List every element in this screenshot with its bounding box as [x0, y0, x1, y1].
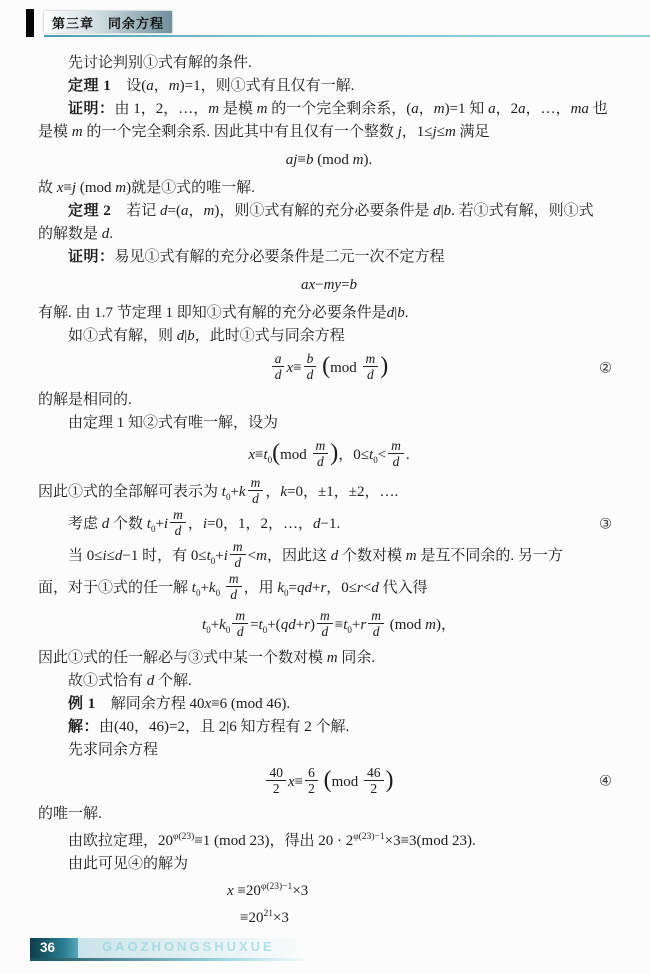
fraction-part: m	[170, 507, 186, 523]
text-segment: mod	[280, 447, 310, 463]
text-segment: 考虑	[68, 516, 102, 532]
text-segment: 解同余方程 40	[96, 696, 205, 712]
text-segment: ，2	[496, 101, 519, 117]
bold-label: 证明：	[68, 101, 115, 117]
header-rule	[44, 35, 650, 37]
text-line: ≡2021×3	[240, 903, 620, 930]
text-segment: ×3	[273, 910, 289, 926]
chapter-badge: 第三章 同余方程	[44, 11, 172, 33]
math-var: d	[433, 203, 441, 219]
fraction-part: 40	[266, 765, 286, 781]
text-segment: 个数	[109, 516, 147, 532]
text-segment: ≤	[437, 124, 445, 140]
chapter-title: 第三章 同余方程	[52, 13, 164, 32]
math-var: ax	[301, 277, 315, 293]
text-line: 当 0≤i≤d−1 时，有 0≤t0+imd<m，因此这 d 个数对模 m 是互…	[38, 541, 620, 573]
text-segment: 由定理 1 知②式有唯一解，设为	[68, 415, 278, 431]
text-segment: −1 时，有 0≤	[122, 548, 206, 564]
fraction-part: 46	[364, 765, 384, 781]
text-segment: +	[155, 516, 163, 532]
fraction-part: m	[232, 608, 248, 624]
text-segment: 个解.	[154, 673, 192, 689]
fraction-part: m	[368, 608, 384, 624]
fraction: md	[230, 539, 246, 570]
fraction-part: m	[317, 608, 333, 624]
text-line: 因此①式的任一解必与③式中某一个数对模 m 同余.	[38, 647, 620, 670]
text-segment: )=1 知	[445, 101, 488, 117]
math-var: m	[115, 180, 126, 196]
text-line: 是模 m 的一个完全剩余系. 因此其中有且仅有一个整数 j，1≤j≤m 满足	[38, 121, 620, 144]
text-segment: (mod	[386, 617, 425, 633]
formula-line: aj≡b (mod m).	[38, 149, 620, 172]
text-segment: ≡20	[234, 883, 261, 899]
fraction-part: m	[388, 438, 404, 454]
text-segment: 由欧拉定理，20	[68, 833, 173, 849]
math-var: a	[411, 101, 419, 117]
math-var: b	[397, 305, 405, 321]
text-line: 定理 2 若记 d=(a，m)，则①式有解的充分必要条件是 d|b. 若①式有解…	[38, 200, 620, 223]
text-segment: ≡1 (mod 23)，得出 20 · 2	[194, 833, 353, 849]
text-segment: 的唯一解.	[38, 806, 102, 822]
fraction: md	[388, 438, 404, 469]
formula-line: adx≡bd (mod md)②	[38, 353, 620, 384]
text-line: 由此可见④的解为	[38, 853, 620, 876]
math-var: b	[187, 328, 195, 344]
text-segment: ≡	[297, 152, 305, 168]
math-var: m	[434, 101, 445, 117]
text-segment: +	[215, 548, 223, 564]
math-var: aj	[286, 152, 298, 168]
fraction: md	[363, 351, 379, 382]
text-segment: ).	[363, 152, 372, 168]
text-line: 例 1 解同余方程 40x≡6 (mod 46).	[38, 693, 620, 716]
text-segment: +(	[267, 617, 280, 633]
text-segment: 如①式有解，则	[68, 328, 177, 344]
text-segment: (mod	[313, 152, 352, 168]
math-var: qd	[281, 617, 296, 633]
fraction-part: d	[304, 367, 317, 382]
text-segment: )	[310, 617, 315, 633]
math-var: k	[239, 484, 246, 500]
text-segment: +	[230, 484, 238, 500]
text-segment: mod	[330, 360, 360, 376]
text-segment: (mod	[76, 180, 115, 196]
text-segment: 由此可见④的解为	[68, 856, 188, 872]
text-segment: ，	[188, 516, 203, 532]
fraction-part: d	[230, 555, 246, 570]
text-segment: ，	[265, 484, 280, 500]
fraction-part: d	[313, 454, 329, 469]
subscript: 0	[226, 625, 231, 635]
text-segment: <	[378, 447, 386, 463]
math-var: k	[219, 617, 226, 633]
text-segment: ≡	[295, 774, 303, 790]
formula-line: 402x≡62 (mod 462)④	[38, 767, 620, 798]
text-segment: 也	[589, 101, 608, 117]
footer-rule	[30, 958, 310, 961]
fraction-part: d	[317, 624, 333, 639]
text-segment: −1.	[321, 516, 341, 532]
text-segment: ，0≤	[326, 580, 357, 596]
fraction: 62	[305, 765, 318, 796]
text-line: 的解是相同的.	[38, 389, 620, 412]
fraction: ad	[272, 351, 285, 382]
math-var: x	[288, 774, 295, 790]
big-paren: (	[324, 767, 332, 793]
equation-number: ③	[599, 513, 612, 536]
formula-line: t0+k0md=t0+(qd+r)md≡t0+rmd (mod m)，	[38, 610, 620, 642]
fraction-part: d	[226, 587, 242, 602]
fraction-part: m	[226, 571, 242, 587]
text-line: 有解. 由 1.7 节定理 1 即知①式有解的充分必要条件是d|b.	[38, 302, 620, 325]
text-segment: 的解是相同的.	[38, 392, 132, 408]
big-paren: )	[330, 440, 338, 466]
text-line: 考虑 d 个数 t0+imd，i=0，1，2，…，d−1.③	[38, 509, 620, 541]
footer-watermark: GAOZHONGSHUXUE	[102, 939, 275, 954]
text-line: 因此①式的全部解可表示为 t0+kmd，k=0，±1，±2，….	[38, 477, 620, 509]
text-segment: +	[296, 617, 304, 633]
superscript: φ(23)−1	[353, 832, 384, 842]
text-segment: 由 1，2，…，	[115, 101, 209, 117]
text-segment: ×3	[292, 883, 308, 899]
fraction-part: d	[388, 454, 404, 469]
page-number: 36	[40, 940, 55, 955]
text-line: 先求同余方程	[38, 739, 620, 762]
math-var: m	[257, 101, 268, 117]
text-segment: ，…，	[526, 101, 571, 117]
fraction-part: m	[363, 351, 379, 367]
text-segment: 当 0≤	[68, 548, 102, 564]
text-line: 的解数是 d.	[38, 223, 620, 246]
fraction: 462	[364, 765, 384, 796]
text-segment: 故①式恰有	[68, 673, 147, 689]
fraction-part: a	[272, 351, 285, 367]
bold-label: 解：	[68, 719, 99, 735]
math-var: i	[164, 516, 168, 532]
math-var: qd	[297, 580, 312, 596]
fraction-part: d	[363, 367, 379, 382]
text-segment: 是模	[38, 124, 72, 140]
formula-line: ax−my=b	[38, 274, 620, 297]
text-segment	[220, 580, 224, 596]
text-line: 先讨论判别①式有解的条件.	[38, 52, 620, 75]
math-var: k	[280, 484, 287, 500]
text-segment: 代入得	[379, 580, 428, 596]
fraction: md	[226, 571, 242, 602]
text-segment: ，	[154, 78, 169, 94]
text-line: 故 x≡j (mod m)就是①式的唯一解.	[38, 177, 620, 200]
text-segment: .	[406, 447, 410, 463]
text-segment: ，此时①式与同余方程	[195, 328, 345, 344]
text-segment: ，	[189, 203, 204, 219]
math-var: a	[181, 203, 189, 219]
bold-label: 证明：	[68, 249, 115, 265]
text-segment: 故	[38, 180, 57, 196]
text-segment: )，则①式有解的充分必要条件是	[214, 203, 433, 219]
text-segment: ≡20	[240, 910, 263, 926]
equation-number: ②	[599, 357, 612, 380]
text-segment: 因此①式的全部解可表示为	[38, 484, 222, 500]
big-paren: )	[380, 353, 388, 379]
text-segment: ≡	[63, 180, 71, 196]
math-var: m	[327, 650, 338, 666]
text-segment: . 若①式有解，则①式	[451, 203, 594, 219]
math-var: my	[324, 277, 342, 293]
text-segment: 由(40，46)=2，且 2|6 知方程有 2 个解.	[99, 719, 349, 735]
text-segment: 若记	[111, 203, 160, 219]
page-number-badge: 36	[30, 938, 78, 958]
bold-label: 例 1	[68, 696, 96, 712]
text-segment: 是互不同余的. 另一方	[417, 548, 563, 564]
bold-label: 定理 2	[68, 203, 111, 219]
equation-number: ④	[599, 771, 612, 794]
text-segment: <	[248, 548, 256, 564]
math-var: i	[224, 548, 228, 564]
fraction: md	[170, 507, 186, 538]
fraction-part: m	[248, 475, 264, 491]
text-segment: ≡	[293, 360, 301, 376]
fraction-part: 2	[266, 781, 286, 796]
math-var: k	[209, 580, 216, 596]
math-var: r	[360, 617, 366, 633]
text-segment: 的一个完全剩余系. 因此其中有且仅有一个整数	[83, 124, 398, 140]
text-line: 解：由(40，46)=2，且 2|6 知方程有 2 个解.	[38, 716, 620, 739]
math-var: d	[313, 516, 321, 532]
math-var: b	[444, 203, 452, 219]
text-segment: ，用	[244, 580, 278, 596]
bold-label: 定理 1	[68, 78, 111, 94]
text-segment: 同余.	[338, 650, 376, 666]
math-var: m	[208, 101, 219, 117]
chapter-accent-bar	[26, 9, 34, 37]
text-segment: mod	[332, 774, 362, 790]
math-var: m	[256, 548, 267, 564]
fraction: md	[248, 475, 264, 506]
text-segment: ，	[419, 101, 434, 117]
text-segment: =0，±1，±2，….	[287, 484, 398, 500]
fraction-part: d	[170, 523, 186, 538]
math-var: d	[160, 203, 168, 219]
text-segment: 先讨论判别①式有解的条件.	[68, 55, 252, 71]
text-line: 故①式恰有 d 个解.	[38, 670, 620, 693]
math-var: a	[518, 101, 526, 117]
text-segment: 满足	[456, 124, 490, 140]
fraction-part: d	[368, 624, 384, 639]
text-segment: 因此①式的任一解必与③式中某一个数对模	[38, 650, 327, 666]
textbook-page: 第三章 同余方程 先讨论判别①式有解的条件.定理 1 设(a，m)=1，则①式有…	[0, 0, 650, 974]
fraction-part: m	[230, 539, 246, 555]
math-var: m	[204, 203, 215, 219]
text-segment: −	[315, 277, 323, 293]
text-segment: .	[109, 226, 113, 242]
math-var: x	[248, 447, 255, 463]
text-line: 如①式有解，则 d|b，此时①式与同余方程	[38, 325, 620, 348]
text-segment: 有解. 由 1.7 节定理 1 即知①式有解的充分必要条件是	[38, 305, 387, 321]
math-var: m	[169, 78, 180, 94]
math-var: d	[371, 580, 379, 596]
text-segment: 个数对模	[338, 548, 406, 564]
text-segment: ≡	[335, 617, 343, 633]
text-segment: .	[405, 305, 409, 321]
text-segment: )就是①式的唯一解.	[126, 180, 255, 196]
math-var: ma	[571, 101, 589, 117]
math-var: m	[353, 152, 364, 168]
math-var: a	[488, 101, 496, 117]
body-lines: 先讨论判别①式有解的条件.定理 1 设(a，m)=1，则①式有且仅有一解.证明：…	[0, 52, 650, 930]
text-segment: 先求同余方程	[68, 742, 158, 758]
math-var: b	[350, 277, 358, 293]
math-var: m	[425, 617, 436, 633]
text-segment: )=1，则①式有且仅有一解.	[180, 78, 355, 94]
fraction-part: b	[304, 351, 317, 367]
text-line: 面，对于①式的任一解 t0+k0 md，用 k0=qd+r，0≤r<d 代入得	[38, 573, 620, 605]
fraction: md	[313, 438, 329, 469]
text-line: 定理 1 设(a，m)=1，则①式有且仅有一解.	[38, 75, 620, 98]
fraction-part: 2	[305, 781, 318, 796]
big-paren: )	[386, 767, 394, 793]
fraction: 402	[266, 765, 286, 796]
text-line: 证明：易见①式有解的充分必要条件是二元一次不定方程	[38, 246, 620, 269]
math-var: x	[227, 883, 234, 899]
fraction-part: 6	[305, 765, 318, 781]
fraction-part: d	[232, 624, 248, 639]
text-line: 由欧拉定理，20φ(23)≡1 (mod 23)，得出 20 · 2φ(23)−…	[38, 826, 620, 853]
text-segment: =(	[168, 203, 181, 219]
big-paren: (	[272, 440, 280, 466]
text-line: 由定理 1 知②式有唯一解，设为	[38, 412, 620, 435]
fraction-part: m	[313, 438, 329, 454]
fraction: md	[317, 608, 333, 639]
text-segment: 的解数是	[38, 226, 102, 242]
text-segment: ≡6 (mod 46).	[211, 696, 290, 712]
math-var: m	[406, 548, 417, 564]
superscript: φ(23)−1	[261, 882, 292, 892]
text-segment: ，1≤	[402, 124, 433, 140]
text-segment: =	[250, 617, 258, 633]
fraction: md	[368, 608, 384, 639]
fraction: bd	[304, 351, 317, 382]
text-line: x ≡20φ(23)−1×3	[227, 876, 620, 903]
text-segment: =0，1，2，…，	[207, 516, 313, 532]
text-segment: 是模	[219, 101, 257, 117]
text-segment: =	[289, 580, 297, 596]
text-segment: 面，对于①式的任一解	[38, 580, 192, 596]
text-segment: +	[211, 617, 219, 633]
math-var: m	[72, 124, 83, 140]
text-segment: ，因此这	[267, 548, 331, 564]
text-segment: 设(	[111, 78, 146, 94]
superscript: φ(23)	[173, 832, 194, 842]
text-segment: 的一个完全剩余系，(	[267, 101, 411, 117]
text-segment: =	[341, 277, 349, 293]
formula-line: x≡t0(mod md)，0≤t0<md.	[38, 440, 620, 472]
text-segment: ，0≤	[338, 447, 369, 463]
superscript: 21	[263, 909, 273, 919]
text-line: 证明：由 1，2，…，m 是模 m 的一个完全剩余系，(a，m)=1 知 a，2…	[38, 98, 620, 121]
text-segment: +	[200, 580, 208, 596]
big-paren: (	[322, 353, 330, 379]
text-segment: )，	[436, 617, 456, 633]
fraction: md	[232, 608, 248, 639]
fraction-part: d	[272, 367, 285, 382]
math-var: m	[445, 124, 456, 140]
text-segment: ×3≡3(mod 23).	[385, 833, 476, 849]
text-line: 的唯一解.	[38, 803, 620, 826]
math-var: k	[277, 580, 284, 596]
fraction-part: d	[248, 491, 264, 506]
math-var: a	[146, 78, 154, 94]
fraction-part: 2	[364, 781, 384, 796]
text-segment: ≤	[107, 548, 115, 564]
text-segment: 易见①式有解的充分必要条件是二元一次不定方程	[115, 249, 445, 265]
